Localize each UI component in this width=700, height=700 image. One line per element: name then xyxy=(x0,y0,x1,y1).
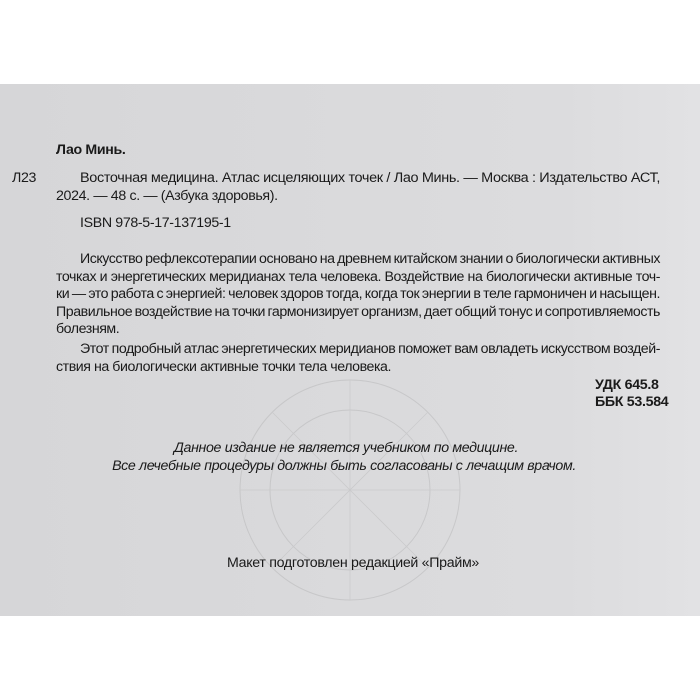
disclaimer-line-1: Данное издание не является учебником по … xyxy=(0,440,696,457)
bbk-code: ББК 53.584 xyxy=(595,394,668,411)
circular-watermark-icon xyxy=(230,370,470,610)
disclaimer-line-2: Все лечебные процедуры должны быть согла… xyxy=(0,458,694,475)
annotation-line: ки — это работа с энергией: человек здор… xyxy=(56,286,660,304)
annotation-line: Правильное воздействие на точки гармониз… xyxy=(56,304,660,322)
annotation-line: Искусство рефлексотерапии основано на др… xyxy=(56,251,660,269)
classification-code: Л23 xyxy=(12,170,36,187)
author-heading: Лао Минь. xyxy=(56,142,125,159)
bibliographic-entry-line-1: Восточная медицина. Атлас исцеляющих точ… xyxy=(80,170,660,187)
udk-code: УДК 645.8 xyxy=(595,377,659,394)
bibliographic-entry-line-2: 2024. — 48 с. — (Азбука здоровья). xyxy=(56,188,278,205)
isbn: ISBN 978-5-17-137195-1 xyxy=(80,215,231,232)
layout-credit: Макет подготовлен редакцией «Прайм» xyxy=(3,555,700,571)
annotation-line: Этот подробный атлас энергетических мери… xyxy=(56,341,660,359)
annotation-line: ствия на биологически активные точки тел… xyxy=(56,359,660,377)
annotation-line: точках и энергетических меридианах тела … xyxy=(56,269,660,287)
annotation-paragraph-2: Этот подробный атлас энергетических мери… xyxy=(56,341,660,376)
annotation-paragraph-1: Искусство рефлексотерапии основано на др… xyxy=(56,251,660,339)
annotation-line: болезням. xyxy=(56,321,660,339)
